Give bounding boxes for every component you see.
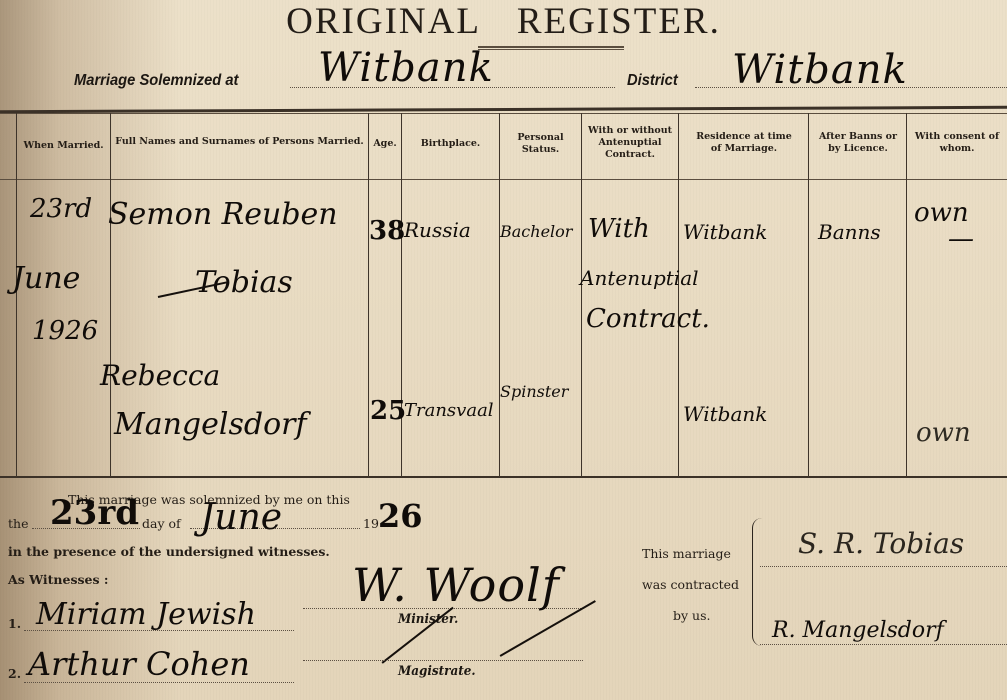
presence-statement: in the presence of the undersigned witne…	[8, 544, 330, 559]
year-prefix: 19	[363, 516, 379, 531]
district-value: Witbank	[732, 50, 908, 90]
district-label: District	[627, 72, 678, 90]
table-bottom-rule	[0, 476, 1007, 478]
banns-or-licence: Banns	[818, 222, 881, 242]
column-header-antenuptial-contract: With or without Antenuptial Contract.	[584, 114, 676, 172]
contracted-line-1: This marriage	[642, 546, 731, 561]
witness-1-signature: Miriam Jewish	[36, 600, 256, 630]
register-title: ORIGINAL REGISTER.	[0, 0, 1007, 43]
groom-age: 38	[369, 218, 405, 244]
solemnized-at-value: Witbank	[318, 48, 494, 88]
witnesses-label: As Witnesses :	[8, 572, 109, 587]
column-header-residence: Residence at time of Marriage.	[690, 114, 798, 172]
column-header-full-names: Full Names and Surnames of Persons Marri…	[111, 114, 368, 170]
contract-line1: With	[588, 216, 650, 242]
column-header-banns-licence: After Banns or by Licence.	[814, 114, 902, 172]
contracted-brace	[752, 518, 766, 646]
officiant-signature: W. Woolf	[352, 562, 560, 608]
column-divider	[581, 113, 582, 477]
bride-birthplace: Transvaal	[404, 402, 494, 420]
contract-line2: Antenuptial	[580, 268, 699, 288]
entry-year: 1926	[32, 318, 98, 344]
solemnized-at-label: Marriage Solemnized at	[74, 72, 238, 90]
witness-2-number: 2.	[8, 666, 21, 681]
column-divider	[906, 113, 907, 477]
column-divider	[808, 113, 809, 477]
column-divider	[678, 113, 679, 477]
bride-status: Spinster	[500, 384, 568, 400]
groom-status: Bachelor	[500, 224, 572, 240]
bride-consent: own	[916, 420, 971, 446]
groom-signature: S. R. Tobias	[798, 530, 964, 558]
groom-consent: own	[914, 200, 969, 226]
solemnized-month-value: June	[200, 500, 282, 536]
day-of-label: day of	[142, 516, 181, 531]
contracted-line-3: by us.	[673, 608, 710, 623]
groom-signature-dotline	[760, 566, 1007, 567]
groom-birthplace: Russia	[404, 220, 471, 240]
the-label: the	[8, 516, 28, 531]
witness-1-number: 1.	[8, 616, 21, 631]
bride-name-line2: Mangelsdorf	[114, 410, 307, 440]
column-header-age: Age.	[369, 114, 401, 174]
contracted-line-2: was contracted	[642, 577, 739, 592]
solemnized-day-value: 23rd	[50, 496, 139, 530]
bride-age: 25	[370, 398, 406, 424]
solemnized-year-suffix: 26	[378, 500, 423, 532]
groom-name-line1: Semon Reuben	[108, 200, 338, 230]
entry-day: 23rd	[30, 196, 92, 222]
groom-consent-mark: —	[948, 226, 974, 252]
column-header-personal-status: Personal Status.	[500, 114, 581, 174]
groom-name-line2: Tobias	[195, 268, 293, 298]
entry-month: June	[12, 264, 80, 294]
bride-signature-dotline	[760, 644, 1007, 645]
title-underline	[478, 46, 624, 50]
groom-residence: Witbank	[683, 222, 767, 242]
column-header-when-married: When Married.	[17, 114, 110, 178]
bride-residence: Witbank	[683, 404, 767, 424]
column-header-consent: With consent of whom.	[910, 114, 1004, 172]
column-header-birthplace: Birthplace.	[402, 114, 499, 174]
magistrate-dotline	[303, 660, 583, 661]
bride-signature: R. Mangelsdorf	[772, 620, 944, 642]
contract-line3: Contract.	[586, 306, 710, 332]
table-header-bottom-rule	[0, 179, 1007, 180]
magistrate-label: Magistrate.	[398, 664, 476, 679]
witness-2-signature: Arthur Cohen	[28, 648, 250, 680]
bride-name-line1: Rebecca	[100, 362, 220, 390]
